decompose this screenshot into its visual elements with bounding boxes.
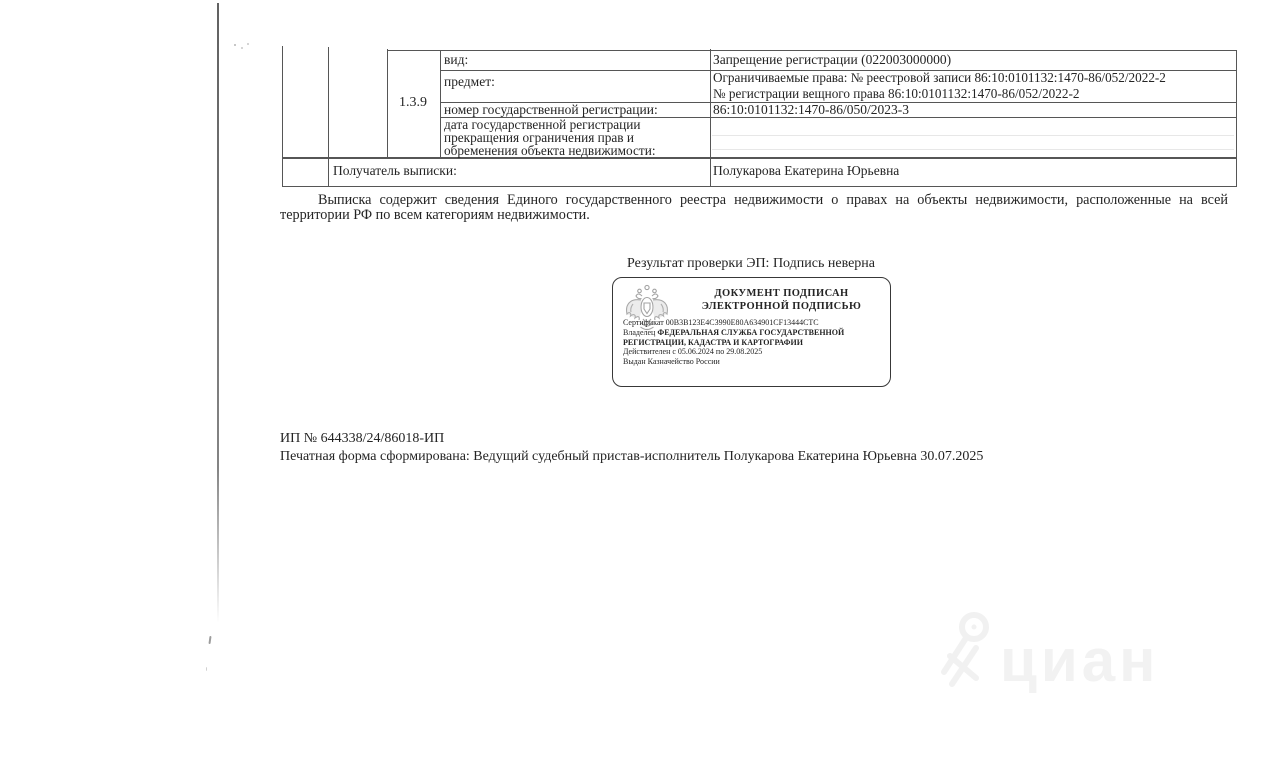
scan-faint-rule xyxy=(712,149,1234,150)
row-value-vid: Запрещение регистрации (022003000000) xyxy=(713,52,951,67)
row-value-recipient: Полукарова Екатерина Юрьевна xyxy=(713,163,899,178)
scan-speckle xyxy=(208,636,211,644)
scan-speckle xyxy=(241,47,243,49)
certificate-value: 00B3B123E4C3990E80A634901CF13444CTC xyxy=(666,318,819,327)
table-item-number: 1.3.9 xyxy=(388,95,438,110)
stamp-title-line2: ЭЛЕКТРОННОЙ ПОДПИСЬЮ xyxy=(677,301,886,314)
enforcement-case-number: ИП № 644338/24/86018-ИП xyxy=(280,431,444,447)
stamp-title-line1: ДОКУМЕНТ ПОДПИСАН xyxy=(677,288,886,301)
scanned-document-page: 1.3.9 вид: Запрещение регистрации (02200… xyxy=(0,0,1280,777)
stamp-title: ДОКУМЕНТ ПОДПИСАН ЭЛЕКТРОННОЙ ПОДПИСЬЮ xyxy=(677,288,886,313)
row-label-predmet: предмет: xyxy=(444,74,495,89)
certificate-label: Сертификат xyxy=(623,318,664,327)
table-border xyxy=(328,47,329,187)
stamp-issuer-line: Выдан Казначейство России xyxy=(623,357,875,367)
table-border xyxy=(282,186,1237,187)
map-pin-icon xyxy=(932,608,998,692)
extract-note-paragraph: Выписка содержит сведения Единого госуда… xyxy=(280,193,1228,223)
scan-speckle xyxy=(234,44,236,46)
scan-speckle xyxy=(206,667,207,671)
row-label-reg-number: номер государственной регистрации: xyxy=(444,102,658,117)
scan-speckle xyxy=(247,43,249,45)
signature-check-result: Результат проверки ЭП: Подпись неверна xyxy=(608,256,894,272)
stamp-owner-line: Владелец ФЕДЕРАЛЬНАЯ СЛУЖБА ГОСУДАРСТВЕН… xyxy=(623,328,859,348)
stamp-details: Сертификат 00B3B123E4C3990E80A634901CF13… xyxy=(623,318,875,367)
row-label-recipient: Получатель выписки: xyxy=(333,163,457,178)
print-form-generated-line: Печатная форма сформирована: Ведущий суд… xyxy=(280,449,983,465)
stamp-certificate-line: Сертификат 00B3B123E4C3990E80A634901CF13… xyxy=(623,318,875,328)
watermark-text: циан xyxy=(1000,626,1159,695)
cian-watermark: циан xyxy=(932,608,1192,718)
scan-faint-rule xyxy=(712,135,1234,136)
owner-label: Владелец xyxy=(623,328,655,337)
table-border xyxy=(440,50,441,158)
owner-value: ФЕДЕРАЛЬНАЯ СЛУЖБА ГОСУДАРСТВЕННОЙ РЕГИС… xyxy=(623,328,844,347)
scan-page-edge-line xyxy=(217,3,219,623)
table-border xyxy=(282,46,283,187)
row-value-reg-number: 86:10:0101132:1470-86/050/2023-3 xyxy=(713,102,909,117)
row-label-vid: вид: xyxy=(444,52,468,67)
table-border xyxy=(282,157,1237,159)
row-value-predmet-line2: № регистрации вещного права 86:10:010113… xyxy=(713,86,1079,101)
stamp-validity-line: Действителен с 05.06.2024 по 29.08.2025 xyxy=(623,347,875,357)
electronic-signature-stamp: ДОКУМЕНТ ПОДПИСАН ЭЛЕКТРОННОЙ ПОДПИСЬЮ С… xyxy=(612,277,891,387)
row-value-predmet-line1: Ограничиваемые права: № реестровой запис… xyxy=(713,70,1166,85)
table-border xyxy=(387,50,1237,51)
row-label-termination-date: дата государственной регистрации прекращ… xyxy=(444,118,702,158)
